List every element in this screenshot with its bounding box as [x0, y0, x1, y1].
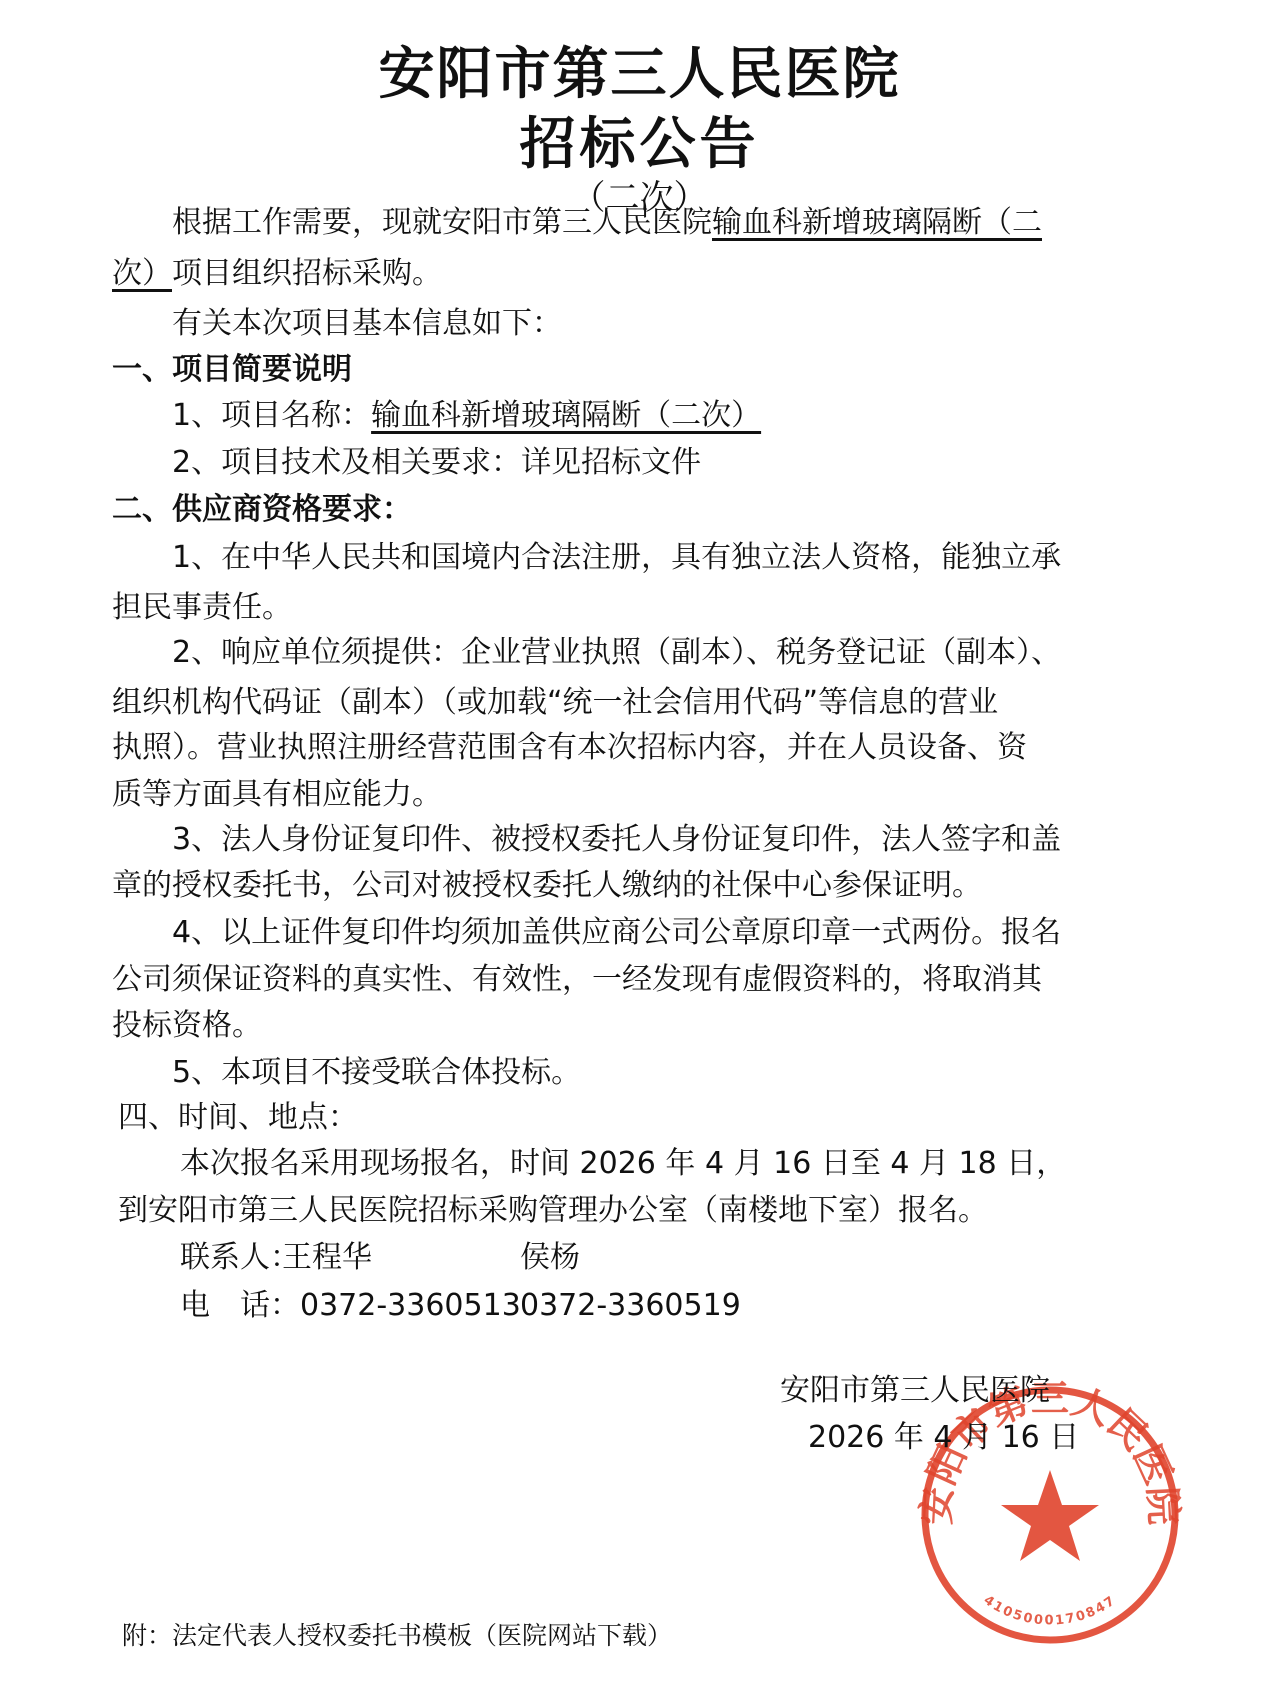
section2-line: 3、法人身份证复印件、被授权委托人身份证复印件，法人签字和盖 [172, 822, 1061, 858]
section2-line: 5、本项目不接受联合体投标。 [172, 1055, 581, 1091]
intro-line-2: 次）项目组织招标采购。 [112, 256, 442, 292]
phone-label: 电 话： [180, 1288, 300, 1324]
title-tender-announcement: 招标公告 [0, 100, 1279, 180]
svg-text:4105000170847: 4105000170847 [981, 1593, 1120, 1629]
stamp-code: 4105000170847 [981, 1593, 1120, 1629]
section2-line: 4、以上证件复印件均须加盖供应商公司公章原印章一式两份。报名 [172, 915, 1061, 951]
section4-line-2: 到安阳市第三人民医院招标采购管理办公室（南楼地下室）报名。 [118, 1193, 988, 1229]
section1-item2: 2、项目技术及相关要求：详见招标文件 [172, 445, 701, 481]
attachment-note: 附：法定代表人授权委托书模板（医院网站下载） [122, 1618, 672, 1654]
section2-line: 投标资格。 [112, 1008, 262, 1044]
signature-org: 安阳市第三人民医院 [780, 1373, 1050, 1409]
title-hospital-name: 安阳市第三人民医院 [0, 30, 1279, 110]
item1-label: 1、项目名称： [172, 398, 371, 433]
project-name-underlined: 输血科新增玻璃隔断（二 [712, 205, 1042, 240]
signature-date: 2026 年 4 月 16 日 [808, 1420, 1079, 1456]
section2-heading: 二、供应商资格要求： [112, 492, 412, 528]
section2-line: 执照）。营业执照注册经营范围含有本次招标内容，并在人员设备、资 [112, 730, 1027, 766]
intro-text-cont: 项目组织招标采购。 [172, 256, 442, 291]
contact1-phone: 0372-3360513 [300, 1288, 521, 1324]
contact1-name: 王程华 [282, 1240, 372, 1276]
section4-heading: 四、时间、地点： [118, 1100, 358, 1136]
section2-line: 担民事责任。 [112, 590, 292, 626]
section2-line: 质等方面具有相应能力。 [112, 777, 442, 813]
intro-line-3: 有关本次项目基本信息如下： [172, 306, 562, 342]
contact2-name: 侯杨 [520, 1240, 580, 1276]
section4-line-1: 本次报名采用现场报名，时间 2026 年 4 月 16 日至 4 月 18 日， [180, 1146, 1066, 1182]
section2-line: 公司须保证资料的真实性、有效性，一经发现有虚假资料的，将取消其 [112, 962, 1042, 998]
intro-line-1: 根据工作需要，现就安阳市第三人民医院输血科新增玻璃隔断（二 [172, 205, 1042, 241]
project-name-underlined-cont: 次） [112, 256, 172, 291]
section2-line: 2、响应单位须提供：企业营业执照（副本）、税务登记证（副本）、 [172, 635, 1061, 671]
contact2-phone: 0372-3360519 [520, 1288, 741, 1324]
section1-heading: 一、项目简要说明 [112, 352, 352, 388]
section2-line: 章的授权委托书，公司对被授权委托人缴纳的社保中心参保证明。 [112, 868, 982, 904]
section1-item1: 1、项目名称：输血科新增玻璃隔断（二次） [172, 398, 761, 434]
intro-text: 根据工作需要，现就安阳市第三人民医院 [172, 205, 712, 240]
section2-line: 组织机构代码证（副本）（或加载“统一社会信用代码”等信息的营业 [112, 685, 998, 721]
section2-line: 1、在中华人民共和国境内合法注册，具有独立法人资格，能独立承 [172, 540, 1061, 576]
item1-value: 输血科新增玻璃隔断（二次） [371, 398, 761, 433]
